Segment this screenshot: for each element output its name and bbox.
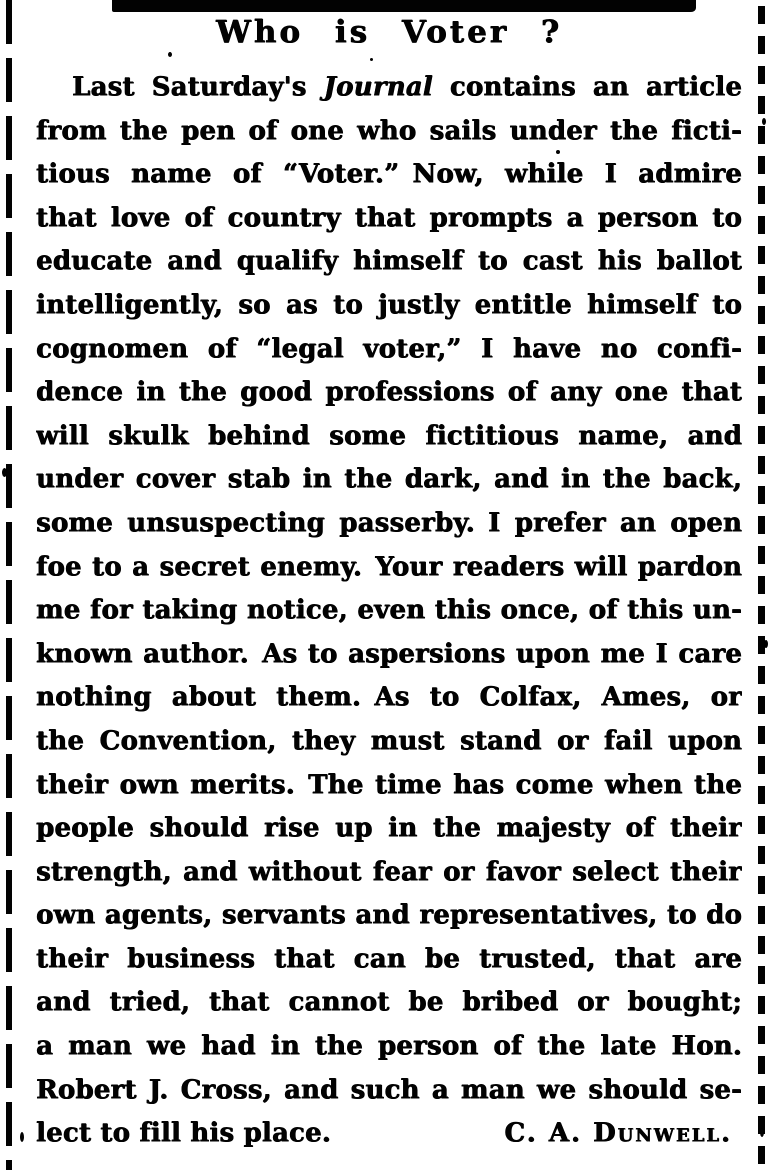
- article-line: dence in the good professions of any one…: [36, 371, 742, 415]
- article-line: under cover stab in the dark, and in the…: [36, 458, 742, 502]
- left-column-rule: [6, 0, 12, 1170]
- article-line: foe to a secret enemy. Your readers will…: [36, 546, 742, 590]
- top-border-rule: [112, 0, 696, 12]
- article-line: people should rise up in the majesty of …: [36, 807, 742, 851]
- article-line: from the pen of one who sails under the …: [36, 110, 742, 154]
- journal-name: Journal: [324, 72, 433, 102]
- article-line: strength, and without fear or favor sele…: [36, 851, 742, 895]
- article-closing-line: lect to fill his place. C. A. Dunwell.: [36, 1112, 742, 1156]
- article-line: and tried, that cannot be bribed or boug…: [36, 981, 742, 1025]
- ink-speck: [20, 1132, 24, 1142]
- newspaper-clipping: Who is Voter ? Last Saturday's Journal c…: [0, 0, 778, 1170]
- first-line-post: contains an article: [433, 72, 742, 102]
- article-line: known author. As to aspersions upon me I…: [36, 633, 742, 677]
- first-line-pre: Last Saturday's: [72, 72, 324, 102]
- ink-speck: [762, 118, 766, 125]
- ink-speck: [764, 640, 768, 648]
- right-column-rule: [758, 6, 765, 1170]
- article-line: own agents, servants and representatives…: [36, 894, 742, 938]
- ink-speck: [168, 52, 172, 57]
- article-line: their own merits. The time has come when…: [36, 764, 742, 808]
- article-line: nothing about them. As to Colfax, Ames, …: [36, 676, 742, 720]
- article-line: their business that can be trusted, that…: [36, 938, 742, 982]
- author-signature: C. A. Dunwell.: [504, 1112, 732, 1156]
- ink-speck: [370, 58, 373, 61]
- ink-speck: [2, 468, 7, 477]
- article-line: some unsuspecting passerby. I prefer an …: [36, 502, 742, 546]
- article-line: the Convention, they must stand or fail …: [36, 720, 742, 764]
- article-body: Last Saturday's Journal contains an arti…: [36, 66, 742, 1156]
- article-line: cognomen of “legal voter,” I have no con…: [36, 328, 742, 372]
- article-line: a man we had in the person of the late H…: [36, 1025, 742, 1069]
- ink-speck: [760, 1128, 764, 1137]
- article-headline: Who is Voter ?: [0, 14, 778, 50]
- closing-text: lect to fill his place.: [36, 1112, 331, 1156]
- article-line: will skulk behind some fictitious name, …: [36, 415, 742, 459]
- article-line: intelligently, so as to justly entitle h…: [36, 284, 742, 328]
- article-line: tious name of “Voter.” Now, while I admi…: [36, 153, 742, 197]
- article-line: educate and qualify himself to cast his …: [36, 240, 742, 284]
- article-lines: from the pen of one who sails under the …: [36, 110, 742, 1113]
- article-line: Robert J. Cross, and such a man we shoul…: [36, 1069, 742, 1113]
- article-line-first: Last Saturday's Journal contains an arti…: [36, 66, 742, 110]
- article-line: me for taking notice, even this once, of…: [36, 589, 742, 633]
- article-line: that love of country that prompts a pers…: [36, 197, 742, 241]
